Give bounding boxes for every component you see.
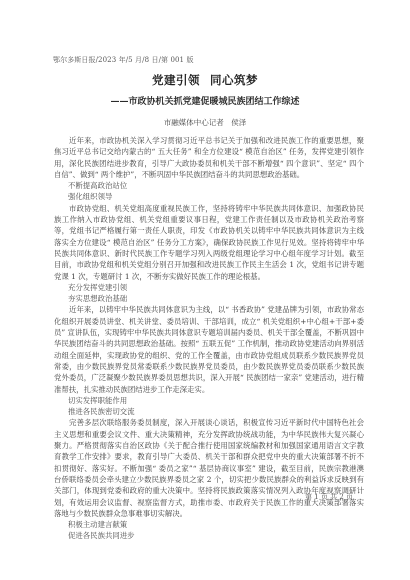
section-heading: 积极主动建言献策 xyxy=(54,519,364,530)
article-title: 党建引领同心筑梦 xyxy=(0,72,410,88)
section-heading: 不断提高政治站位 xyxy=(54,180,364,191)
paragraph: 完善多层次联络服务委员制度，深入开展谈心谈话，积极宣传习近平新时代中国特色社会主… xyxy=(54,417,364,519)
section-heading: 夯实思想政治基础 xyxy=(54,293,364,304)
paragraph: 近年来，市政协机关深入学习贯彻习近平总书记关于加强和改进民族工作的重要思想，聚焦… xyxy=(54,135,364,180)
byline: 市融媒体中心记者 侯泽 xyxy=(0,117,410,128)
page-number: 第 1 页 共 2 页 xyxy=(305,492,353,502)
section-heading: 推进各民族密切交流 xyxy=(54,406,364,417)
section-heading: 强化组织领导 xyxy=(54,191,364,202)
paragraph: 近年来，以铸牢中华民族共同体意识为主线，以“ 书香政协” 党建品牌为引领，市政协… xyxy=(54,304,364,394)
article-body: 近年来，市政协机关深入学习贯彻习近平总书记关于加强和改进民族工作的重要思想，聚焦… xyxy=(54,135,364,542)
section-heading: 促进各民族共同进步 xyxy=(54,530,364,541)
title-part-2: 同心筑梦 xyxy=(210,73,258,87)
source-line: 鄂尔多斯日报/2023 年/5 月/8 日/第 001 版 xyxy=(53,55,194,65)
section-heading: 充分发挥党建引领 xyxy=(54,282,364,293)
section-heading: 切实发挥职能作用 xyxy=(54,395,364,406)
article-subtitle: ——市政协机关抓党建促暖城民族团结工作综述 xyxy=(0,94,410,107)
title-part-1: 党建引领 xyxy=(152,73,200,87)
paragraph: 市政协党组、机关党组高度重视民族工作，坚持将铸牢中华民族共同体意识、加强政协民族… xyxy=(54,203,364,282)
document-page: 鄂尔多斯日报/2023 年/5 月/8 日/第 001 版 党建引领同心筑梦 —… xyxy=(0,0,410,580)
